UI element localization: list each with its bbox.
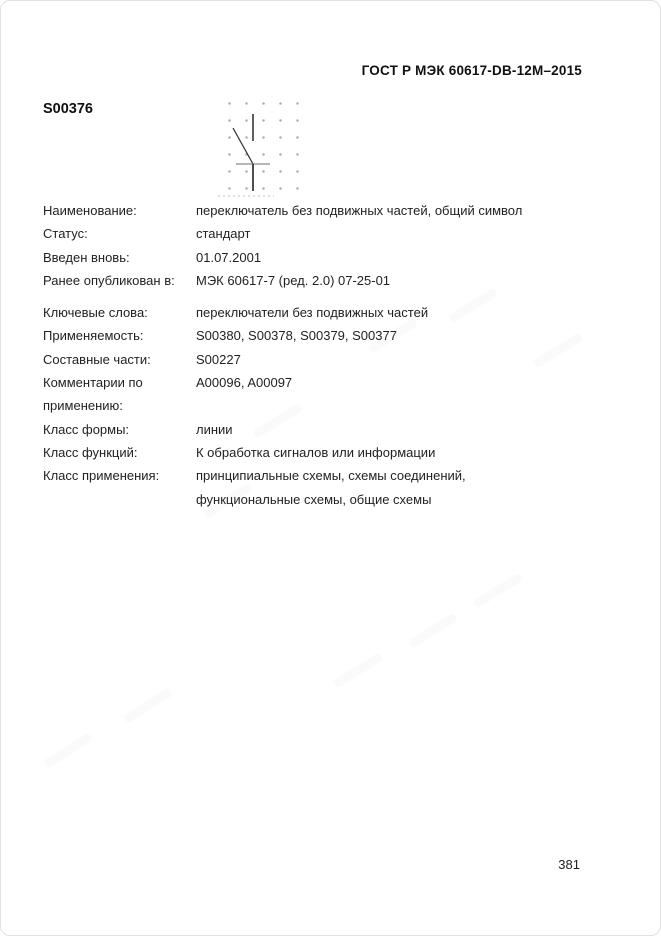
- field-value: К обработка сигналов или информации: [196, 441, 608, 464]
- field-row: Составные части: S00227: [43, 348, 608, 371]
- document-header-title: ГОСТ Р МЭК 60617-DB-12M–2015: [362, 63, 582, 78]
- field-value: 01.07.2001: [196, 246, 608, 269]
- field-row: Класс функций: К обработка сигналов или …: [43, 441, 608, 464]
- field-value: МЭК 60617-7 (ред. 2.0) 07-25-01: [196, 269, 608, 292]
- field-row: Комментарии по применению: A00096, A0009…: [43, 371, 608, 418]
- field-label: Наименование:: [43, 199, 196, 222]
- field-value: принципиальные схемы, схемы соединений, …: [196, 464, 608, 511]
- field-value: стандарт: [196, 222, 608, 245]
- field-row: Введен вновь: 01.07.2001: [43, 246, 608, 269]
- fields-table: Наименование: переключатель без подвижны…: [43, 199, 608, 511]
- field-label: Статус:: [43, 222, 196, 245]
- field-value: переключатель без подвижных частей, общи…: [196, 199, 608, 222]
- page-number: 381: [558, 857, 580, 872]
- field-row: Класс формы: линии: [43, 418, 608, 441]
- field-label: Применяемость:: [43, 324, 196, 347]
- switch-without-moving-parts-symbol-icon: [211, 89, 321, 204]
- field-label: Класс функций:: [43, 441, 196, 464]
- field-row: Ключевые слова: переключатели без подвиж…: [43, 301, 608, 324]
- field-label: Ранее опубликован в:: [43, 269, 196, 292]
- field-value: S00380, S00378, S00379, S00377: [196, 324, 608, 347]
- field-value: линии: [196, 418, 608, 441]
- field-row: Статус: стандарт: [43, 222, 608, 245]
- field-row: Класс применения: принципиальные схемы, …: [43, 464, 608, 511]
- field-label: Комментарии по применению:: [43, 371, 196, 418]
- field-row: Применяемость: S00380, S00378, S00379, S…: [43, 324, 608, 347]
- symbol-id: S00376: [43, 101, 93, 117]
- field-value: A00096, A00097: [196, 371, 608, 394]
- field-label: Класс применения:: [43, 464, 196, 487]
- field-value: переключатели без подвижных частей: [196, 301, 608, 324]
- field-label: Класс формы:: [43, 418, 196, 441]
- field-row: Наименование: переключатель без подвижны…: [43, 199, 608, 222]
- field-row: Ранее опубликован в: МЭК 60617-7 (ред. 2…: [43, 269, 608, 292]
- field-value: S00227: [196, 348, 608, 371]
- field-label: Ключевые слова:: [43, 301, 196, 324]
- symbol-drawing: [211, 89, 321, 204]
- document-page: ГОСТ Р МЭК 60617-DB-12M–2015 S00376 Наим…: [0, 0, 661, 936]
- field-label: Введен вновь:: [43, 246, 196, 269]
- field-label: Составные части:: [43, 348, 196, 371]
